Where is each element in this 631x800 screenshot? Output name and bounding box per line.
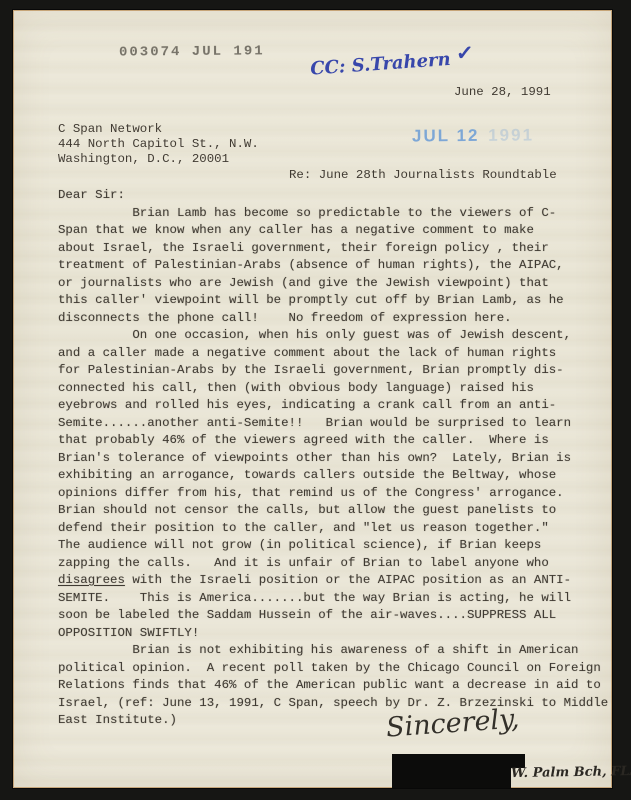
redaction-block-notch <box>392 754 525 768</box>
text-line: eyebrows and rolled his eyes, indicating… <box>58 397 613 415</box>
cc-handwritten-note: CC: S.Trahern✓ <box>309 43 473 79</box>
text-line: Semite......another anti-Semite!! Brian … <box>58 415 613 433</box>
text-line: 444 North Capitol St., N.W. <box>58 137 259 152</box>
text-line: for Palestinian-Arabs by the Israeli gov… <box>58 362 613 380</box>
text-line: that probably 46% of the viewers agreed … <box>58 432 613 450</box>
text-line: or journalists who are Jewish (and give … <box>58 275 613 293</box>
text-line: C Span Network <box>58 122 259 137</box>
checkmark-icon: ✓ <box>455 40 473 66</box>
text-line: Brian should not censor the calls, but a… <box>58 502 613 520</box>
text-line: Span that we know when any caller has a … <box>58 222 613 240</box>
text-line: about Israel, the Israeli government, th… <box>58 240 613 258</box>
text-line: Washington, D.C., 20001 <box>58 152 259 167</box>
received-stamp-faded: 1991 <box>488 125 534 144</box>
text-line: zapping the calls. And it is unfair of B… <box>58 555 613 573</box>
text-line: and a caller made a negative comment abo… <box>58 345 613 363</box>
text-line: political opinion. A recent poll taken b… <box>58 660 613 678</box>
text-line: Israel, (ref: June 13, 1991, C Span, spe… <box>58 695 613 713</box>
recipient-address: C Span Network444 North Capitol St., N.W… <box>58 122 259 166</box>
text-line: Brian's tolerance of viewpoints other th… <box>58 450 613 468</box>
letter-date: June 28, 1991 <box>454 85 551 99</box>
subject-line: Re: June 28th Journalists Roundtable <box>289 168 557 182</box>
origin-handwritten-note: W. Palm Bch, FLA. <box>511 764 631 781</box>
text-line: Brian Lamb has become so predictable to … <box>58 205 613 223</box>
text-line: On one occasion, when his only guest was… <box>58 327 613 345</box>
text-line: exhibiting an arrogance, towards callers… <box>58 467 613 485</box>
letter-body: Dear Sir: Brian Lamb has become so predi… <box>58 187 613 730</box>
text-line: disagrees with the Israeli position or t… <box>58 572 613 590</box>
text-line: soon be labeled the Saddam Hussein of th… <box>58 607 613 625</box>
text-line: OPPOSITION SWIFTLY! <box>58 625 613 643</box>
serial-number-stamp: 003074 JUL 191 <box>119 43 265 60</box>
scan-background: 003074 JUL 191 CC: S.Trahern✓ June 28, 1… <box>0 0 631 800</box>
letter-page: 003074 JUL 191 CC: S.Trahern✓ June 28, 1… <box>13 10 612 788</box>
text-line: The audience will not grow (in political… <box>58 537 613 555</box>
text-line: disconnects the phone call! No freedom o… <box>58 310 613 328</box>
text-line: opinions differ from his, that remind us… <box>58 485 613 503</box>
cc-note-text: CC: S.Trahern <box>310 49 452 80</box>
received-stamp-visible: JUL 12 <box>412 126 480 146</box>
text-line: East Institute.) <box>58 712 613 730</box>
text-line: Relations finds that 46% of the American… <box>58 677 613 695</box>
text-line: treatment of Palestinian-Arabs (absence … <box>58 257 613 275</box>
received-date-stamp: JUL 12 1991 <box>412 125 534 146</box>
text-line: this caller' viewpoint will be promptly … <box>58 292 613 310</box>
text-line: connected his call, then (with obvious b… <box>58 380 613 398</box>
text-line: Brian is not exhibiting his awareness of… <box>58 642 613 660</box>
text-line: defend their position to the caller, and… <box>58 520 613 538</box>
text-line: Dear Sir: <box>58 187 613 205</box>
text-line: SEMITE. This is America.......but the wa… <box>58 590 613 608</box>
